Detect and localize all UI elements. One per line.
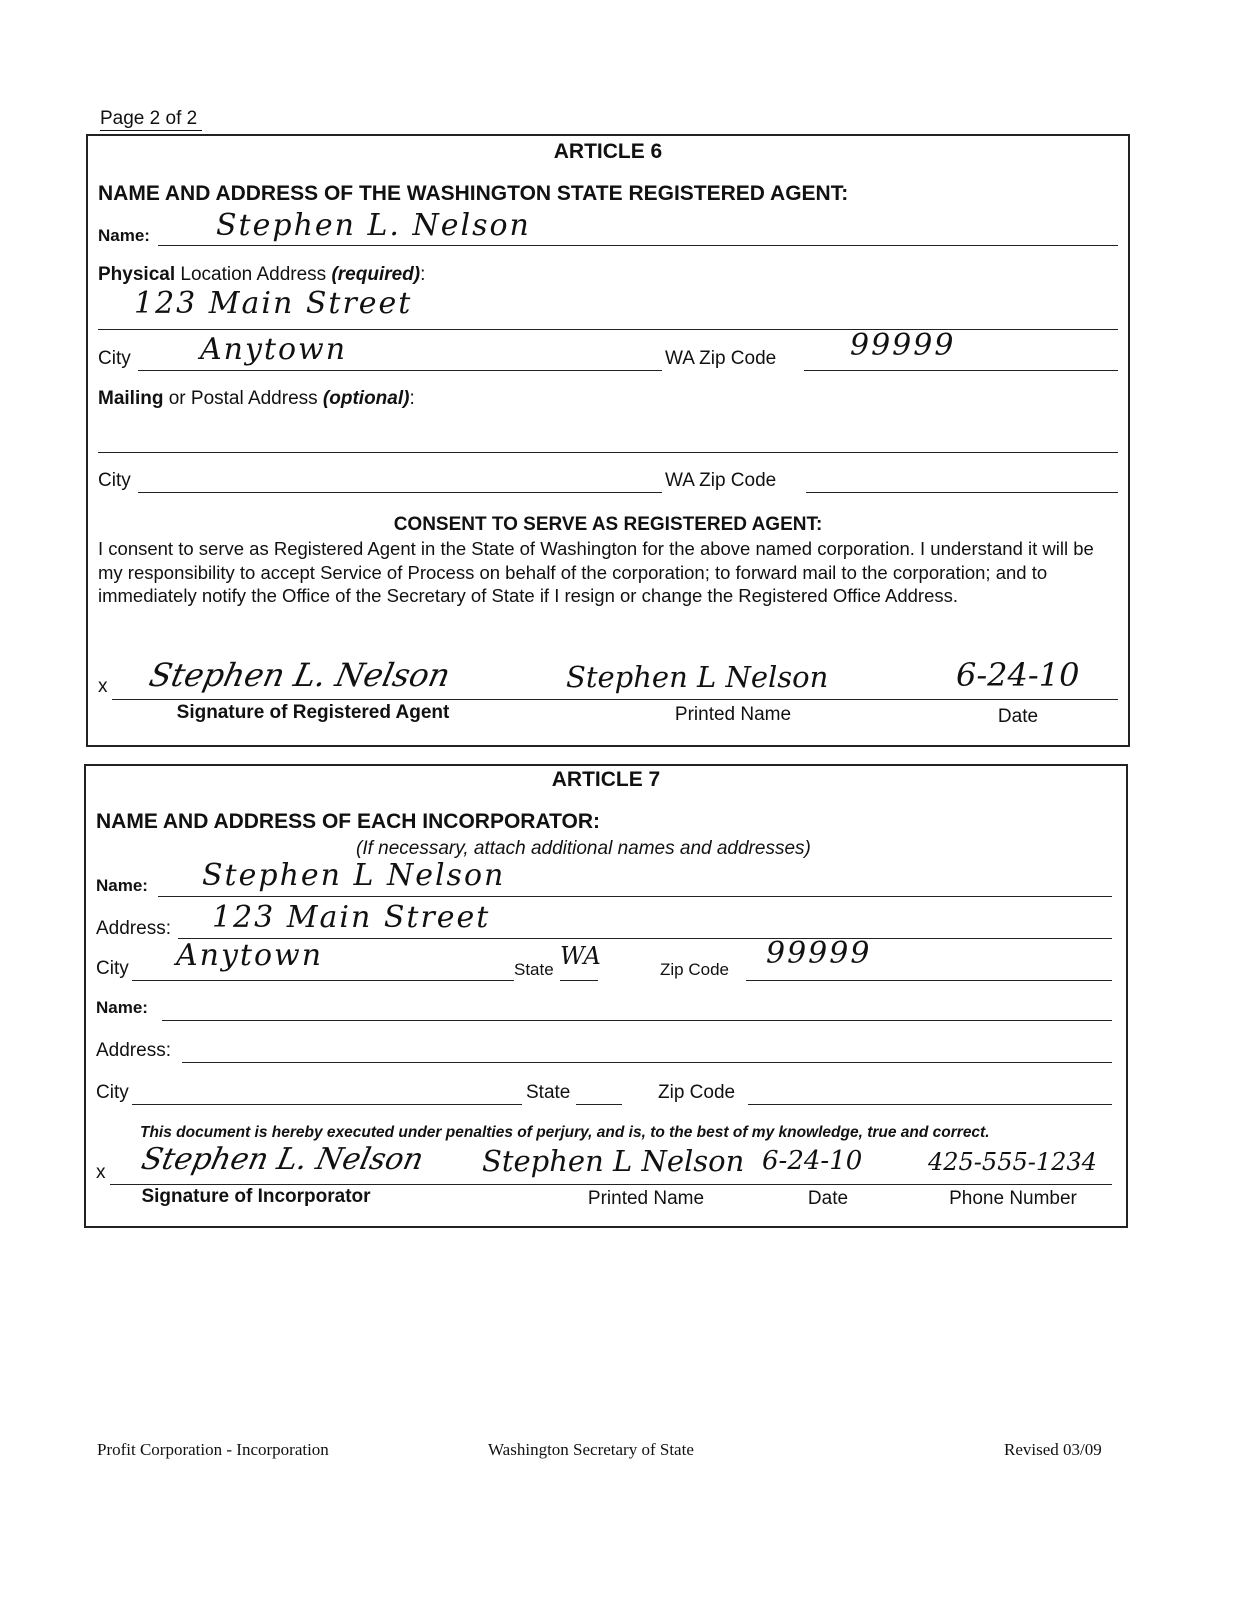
optional-marker: (optional) bbox=[323, 388, 410, 409]
physical-address-label-text: Location Address bbox=[175, 264, 331, 285]
consent-statement: I consent to serve as Registered Agent i… bbox=[98, 537, 1120, 608]
incorporator-1-state-field[interactable]: WA bbox=[560, 942, 601, 970]
incorporator-2-city-line bbox=[132, 1104, 522, 1105]
incorporator-signature-x-mark: x bbox=[96, 1162, 106, 1184]
physical-address-label-bold: Physical bbox=[98, 264, 175, 285]
incorporator-2-city-label: City bbox=[96, 1082, 129, 1104]
agent-printed-name-caption: Printed Name bbox=[633, 704, 833, 726]
incorporator-2-state-label: State bbox=[526, 1082, 570, 1104]
incorporator-2-address-line bbox=[182, 1062, 1112, 1063]
agent-date-caption: Date bbox=[978, 706, 1058, 728]
incorporator-1-city-field[interactable]: Anytown bbox=[176, 938, 323, 973]
incorporator-1-address-field[interactable]: 123 Main Street bbox=[212, 900, 490, 935]
incorporator-1-name-line bbox=[158, 896, 1112, 897]
agent-zip-field-line bbox=[804, 370, 1118, 371]
agent-city-field[interactable]: Anytown bbox=[200, 332, 347, 367]
agent-signature-line bbox=[112, 699, 1118, 700]
incorporator-1-state-line bbox=[560, 980, 598, 981]
required-marker: (required) bbox=[331, 264, 420, 285]
incorporator-signature-line bbox=[110, 1184, 1112, 1185]
article-7-section: ARTICLE 7 NAME AND ADDRESS OF EACH INCOR… bbox=[84, 764, 1128, 1228]
mailing-address-label-text: or Postal Address bbox=[163, 388, 322, 409]
agent-wa-zip-label: WA Zip Code bbox=[665, 348, 776, 370]
page-number-label: Page 2 of 2 bbox=[100, 108, 202, 131]
agent-printed-name-field[interactable]: Stephen L Nelson bbox=[566, 660, 828, 694]
incorporator-signature-field[interactable]: Stephen L. Nelson bbox=[138, 1142, 426, 1177]
mailing-address-label-colon: : bbox=[409, 388, 414, 409]
agent-name-label: Name: bbox=[98, 226, 150, 246]
incorporator-1-name-label: Name: bbox=[96, 876, 148, 896]
mailing-wa-zip-label: WA Zip Code bbox=[665, 470, 776, 492]
incorporator-2-name-label: Name: bbox=[96, 998, 148, 1018]
mailing-city-field-line bbox=[138, 492, 662, 493]
incorporator-1-zip-line bbox=[746, 980, 1112, 981]
agent-date-field[interactable]: 6-24-10 bbox=[956, 656, 1079, 694]
footer-form-type: Profit Corporation - Incorporation bbox=[97, 1440, 329, 1460]
agent-signature-field[interactable]: Stephen L. Nelson bbox=[146, 656, 454, 694]
signature-of-incorporator-caption: Signature of Incorporator bbox=[126, 1186, 386, 1208]
incorporator-2-name-line bbox=[162, 1020, 1112, 1021]
incorporator-2-zip-label: Zip Code bbox=[658, 1082, 735, 1104]
signature-x-mark: x bbox=[98, 676, 108, 698]
agent-zip-field[interactable]: 99999 bbox=[850, 328, 955, 363]
incorporator-phone-field[interactable]: 425-555-1234 bbox=[928, 1148, 1097, 1176]
footer-agency: Washington Secretary of State bbox=[488, 1440, 694, 1460]
consent-title: CONSENT TO SERVE AS REGISTERED AGENT: bbox=[88, 514, 1128, 536]
mailing-address-field-line bbox=[98, 452, 1118, 453]
footer-revision: Revised 03/09 bbox=[1004, 1440, 1102, 1460]
incorporator-2-state-line bbox=[576, 1104, 622, 1105]
incorporator-1-address-label: Address: bbox=[96, 918, 171, 940]
incorporator-1-name-field[interactable]: Stephen L Nelson bbox=[202, 858, 505, 893]
incorporator-1-zip-field[interactable]: 99999 bbox=[766, 936, 871, 971]
mailing-zip-field-line bbox=[806, 492, 1118, 493]
agent-name-field[interactable]: Stephen L. Nelson bbox=[216, 208, 531, 243]
physical-address-field-line bbox=[98, 329, 1118, 330]
physical-address-label-colon: : bbox=[420, 264, 425, 285]
incorporator-printed-name-field[interactable]: Stephen L Nelson bbox=[482, 1144, 744, 1178]
attach-additional-note: (If necessary, attach additional names a… bbox=[356, 838, 811, 860]
incorporator-date-field[interactable]: 6-24-10 bbox=[762, 1146, 862, 1176]
agent-city-field-line bbox=[138, 370, 662, 371]
article-7-title: ARTICLE 7 bbox=[86, 768, 1126, 792]
incorporator-1-city-line bbox=[132, 980, 514, 981]
perjury-statement: This document is hereby executed under p… bbox=[140, 1124, 990, 1142]
agent-city-label: City bbox=[98, 348, 131, 370]
incorporator-heading: NAME AND ADDRESS OF EACH INCORPORATOR: bbox=[96, 810, 600, 834]
incorporator-date-caption: Date bbox=[798, 1188, 858, 1210]
mailing-city-label: City bbox=[98, 470, 131, 492]
incorporator-printed-name-caption: Printed Name bbox=[566, 1188, 726, 1210]
article-6-section: ARTICLE 6 NAME AND ADDRESS OF THE WASHIN… bbox=[86, 134, 1130, 747]
physical-address-label: Physical Location Address (required): bbox=[98, 264, 425, 286]
incorporator-2-zip-line bbox=[748, 1104, 1112, 1105]
signature-of-agent-caption: Signature of Registered Agent bbox=[148, 702, 478, 724]
physical-address-field[interactable]: 123 Main Street bbox=[134, 286, 412, 321]
incorporator-2-address-label: Address: bbox=[96, 1040, 171, 1062]
incorporator-1-state-label: State bbox=[514, 960, 554, 980]
mailing-address-label: Mailing or Postal Address (optional): bbox=[98, 388, 415, 410]
mailing-address-label-bold: Mailing bbox=[98, 388, 163, 409]
agent-name-field-line bbox=[158, 245, 1118, 246]
incorporator-phone-caption: Phone Number bbox=[938, 1188, 1088, 1210]
registered-agent-heading: NAME AND ADDRESS OF THE WASHINGTON STATE… bbox=[98, 182, 848, 206]
incorporator-1-city-label: City bbox=[96, 958, 129, 980]
incorporator-1-zip-label: Zip Code bbox=[660, 960, 729, 980]
article-6-title: ARTICLE 6 bbox=[88, 140, 1128, 164]
